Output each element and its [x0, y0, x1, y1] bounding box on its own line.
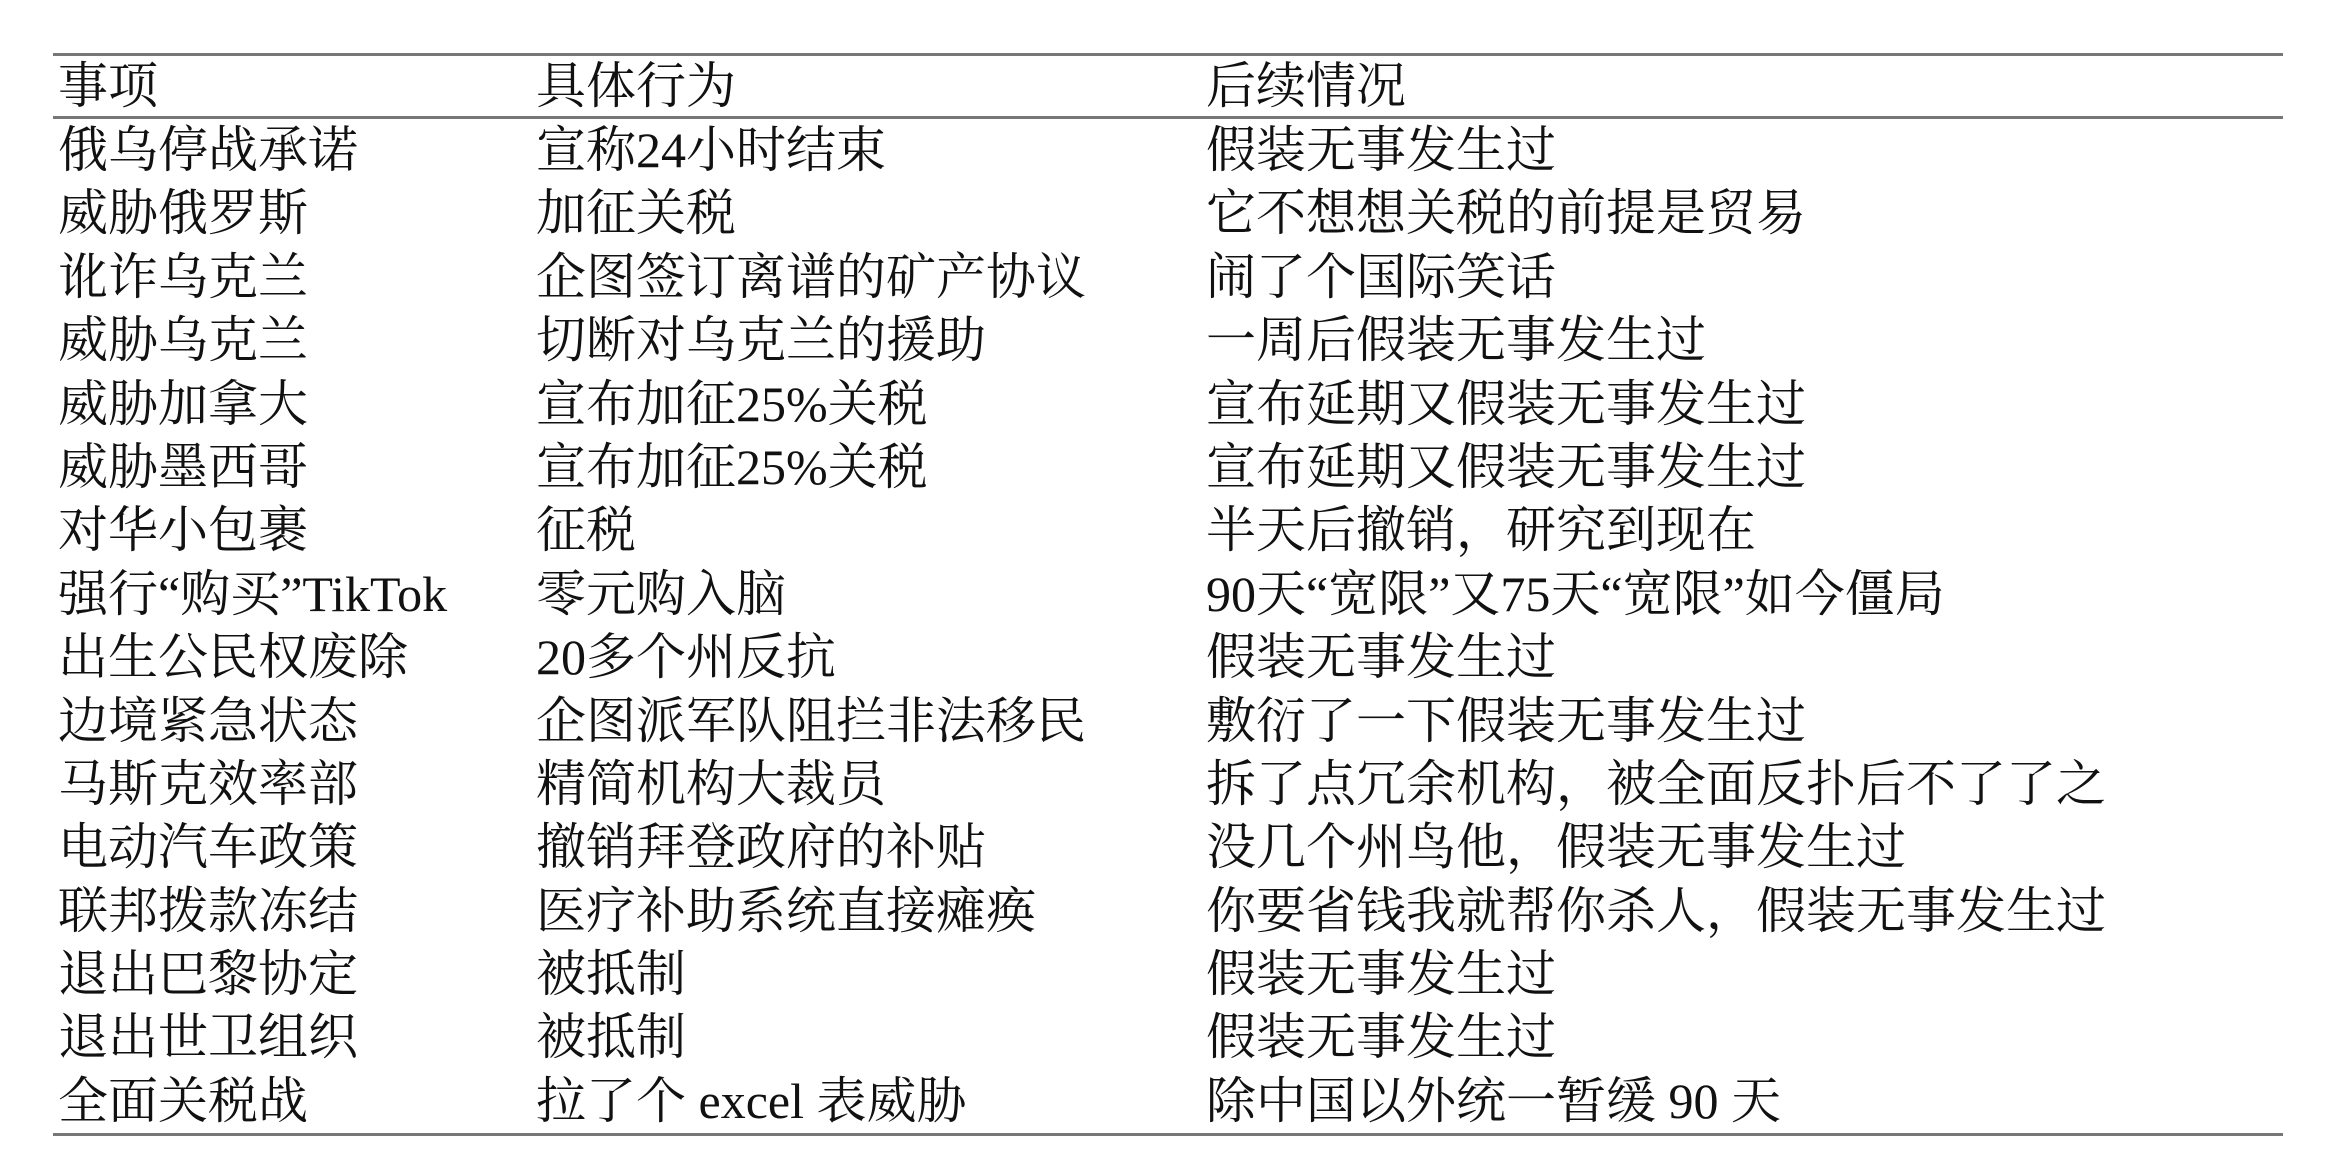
cell-item: 联邦拨款冻结: [58, 880, 358, 943]
cell-item: 退出世卫组织: [58, 1006, 358, 1069]
table-row: 对华小包裹 征税 半天后撤销，研究到现在: [53, 499, 2283, 562]
header-action: 具体行为: [536, 56, 736, 116]
cell-action: 撤销拜登政府的补贴: [536, 816, 986, 879]
cell-item: 威胁乌克兰: [58, 309, 308, 372]
cell-outcome: 半天后撤销，研究到现在: [1206, 499, 1756, 562]
cell-action: 被抵制: [536, 943, 686, 1006]
cell-outcome: 敷衍了一下假装无事发生过: [1206, 690, 1806, 753]
policy-table: 事项 具体行为 后续情况 俄乌停战承诺 宣称24小时结束 假装无事发生过 威胁俄…: [53, 53, 2283, 1136]
cell-item: 威胁墨西哥: [58, 436, 308, 499]
cell-outcome: 除中国以外统一暂缓 90 天: [1206, 1070, 1781, 1133]
cell-item: 全面关税战: [58, 1070, 308, 1133]
cell-action: 征税: [536, 499, 636, 562]
cell-action: 切断对乌克兰的援助: [536, 309, 986, 372]
table-row: 讹诈乌克兰 企图签订离谱的矿产协议 闹了个国际笑话: [53, 246, 2283, 309]
table-row: 出生公民权废除 20多个州反抗 假装无事发生过: [53, 626, 2283, 689]
table-row: 退出巴黎协定 被抵制 假装无事发生过: [53, 943, 2283, 1006]
table-header-row: 事项 具体行为 后续情况: [53, 56, 2283, 116]
cell-action: 拉了个 excel 表威胁: [536, 1070, 966, 1133]
cell-outcome: 90天“宽限”又75天“宽限”如今僵局: [1206, 563, 1945, 626]
cell-action: 宣称24小时结束: [536, 119, 886, 182]
cell-action: 加征关税: [536, 182, 736, 245]
table-row: 威胁加拿大 宣布加征25%关税 宣布延期又假装无事发生过: [53, 373, 2283, 436]
cell-outcome: 宣布延期又假装无事发生过: [1206, 373, 1806, 436]
header-outcome: 后续情况: [1206, 56, 1406, 116]
cell-item: 出生公民权废除: [58, 626, 408, 689]
cell-outcome: 没几个州鸟他，假装无事发生过: [1206, 816, 1906, 879]
cell-item: 讹诈乌克兰: [58, 246, 308, 309]
cell-item: 电动汽车政策: [58, 816, 358, 879]
cell-item: 退出巴黎协定: [58, 943, 358, 1006]
cell-action: 企图签订离谱的矿产协议: [536, 246, 1086, 309]
cell-outcome: 假装无事发生过: [1206, 943, 1556, 1006]
cell-action: 零元购入脑: [536, 563, 786, 626]
cell-item: 威胁加拿大: [58, 373, 308, 436]
cell-action: 企图派军队阻拦非法移民: [536, 690, 1086, 753]
cell-outcome: 假装无事发生过: [1206, 1006, 1556, 1069]
cell-outcome: 假装无事发生过: [1206, 626, 1556, 689]
cell-action: 宣布加征25%关税: [536, 373, 928, 436]
table-row: 电动汽车政策 撤销拜登政府的补贴 没几个州鸟他，假装无事发生过: [53, 816, 2283, 879]
cell-outcome: 闹了个国际笑话: [1206, 246, 1556, 309]
cell-outcome: 它不想想关税的前提是贸易: [1206, 182, 1806, 245]
header-item: 事项: [58, 56, 158, 116]
table-row: 马斯克效率部 精简机构大裁员 拆了点冗余机构，被全面反扑后不了了之: [53, 753, 2283, 816]
cell-action: 医疗补助系统直接瘫痪: [536, 880, 1036, 943]
cell-outcome: 宣布延期又假装无事发生过: [1206, 436, 1806, 499]
cell-item: 俄乌停战承诺: [58, 119, 358, 182]
table-row: 俄乌停战承诺 宣称24小时结束 假装无事发生过: [53, 119, 2283, 182]
table-row: 威胁墨西哥 宣布加征25%关税 宣布延期又假装无事发生过: [53, 436, 2283, 499]
cell-action: 精简机构大裁员: [536, 753, 886, 816]
cell-outcome: 假装无事发生过: [1206, 119, 1556, 182]
cell-action: 20多个州反抗: [536, 626, 836, 689]
table-row: 边境紧急状态 企图派军队阻拦非法移民 敷衍了一下假装无事发生过: [53, 690, 2283, 753]
cell-item: 马斯克效率部: [58, 753, 358, 816]
table-body: 俄乌停战承诺 宣称24小时结束 假装无事发生过 威胁俄罗斯 加征关税 它不想想关…: [53, 119, 2283, 1133]
cell-outcome: 拆了点冗余机构，被全面反扑后不了了之: [1206, 753, 2106, 816]
table-row: 全面关税战 拉了个 excel 表威胁 除中国以外统一暂缓 90 天: [53, 1070, 2283, 1133]
table-row: 退出世卫组织 被抵制 假装无事发生过: [53, 1006, 2283, 1069]
cell-action: 宣布加征25%关税: [536, 436, 928, 499]
table-row: 威胁俄罗斯 加征关税 它不想想关税的前提是贸易: [53, 182, 2283, 245]
table-row: 威胁乌克兰 切断对乌克兰的援助 一周后假装无事发生过: [53, 309, 2283, 372]
cell-action: 被抵制: [536, 1006, 686, 1069]
table-row: 强行“购买”TikTok 零元购入脑 90天“宽限”又75天“宽限”如今僵局: [53, 563, 2283, 626]
cell-item: 对华小包裹: [58, 499, 308, 562]
cell-outcome: 你要省钱我就帮你杀人，假装无事发生过: [1206, 880, 2106, 943]
cell-item: 威胁俄罗斯: [58, 182, 308, 245]
cell-item: 强行“购买”TikTok: [58, 563, 447, 626]
table-bottom-rule: [53, 1133, 2283, 1136]
cell-outcome: 一周后假装无事发生过: [1206, 309, 1706, 372]
table-row: 联邦拨款冻结 医疗补助系统直接瘫痪 你要省钱我就帮你杀人，假装无事发生过: [53, 880, 2283, 943]
cell-item: 边境紧急状态: [58, 690, 358, 753]
